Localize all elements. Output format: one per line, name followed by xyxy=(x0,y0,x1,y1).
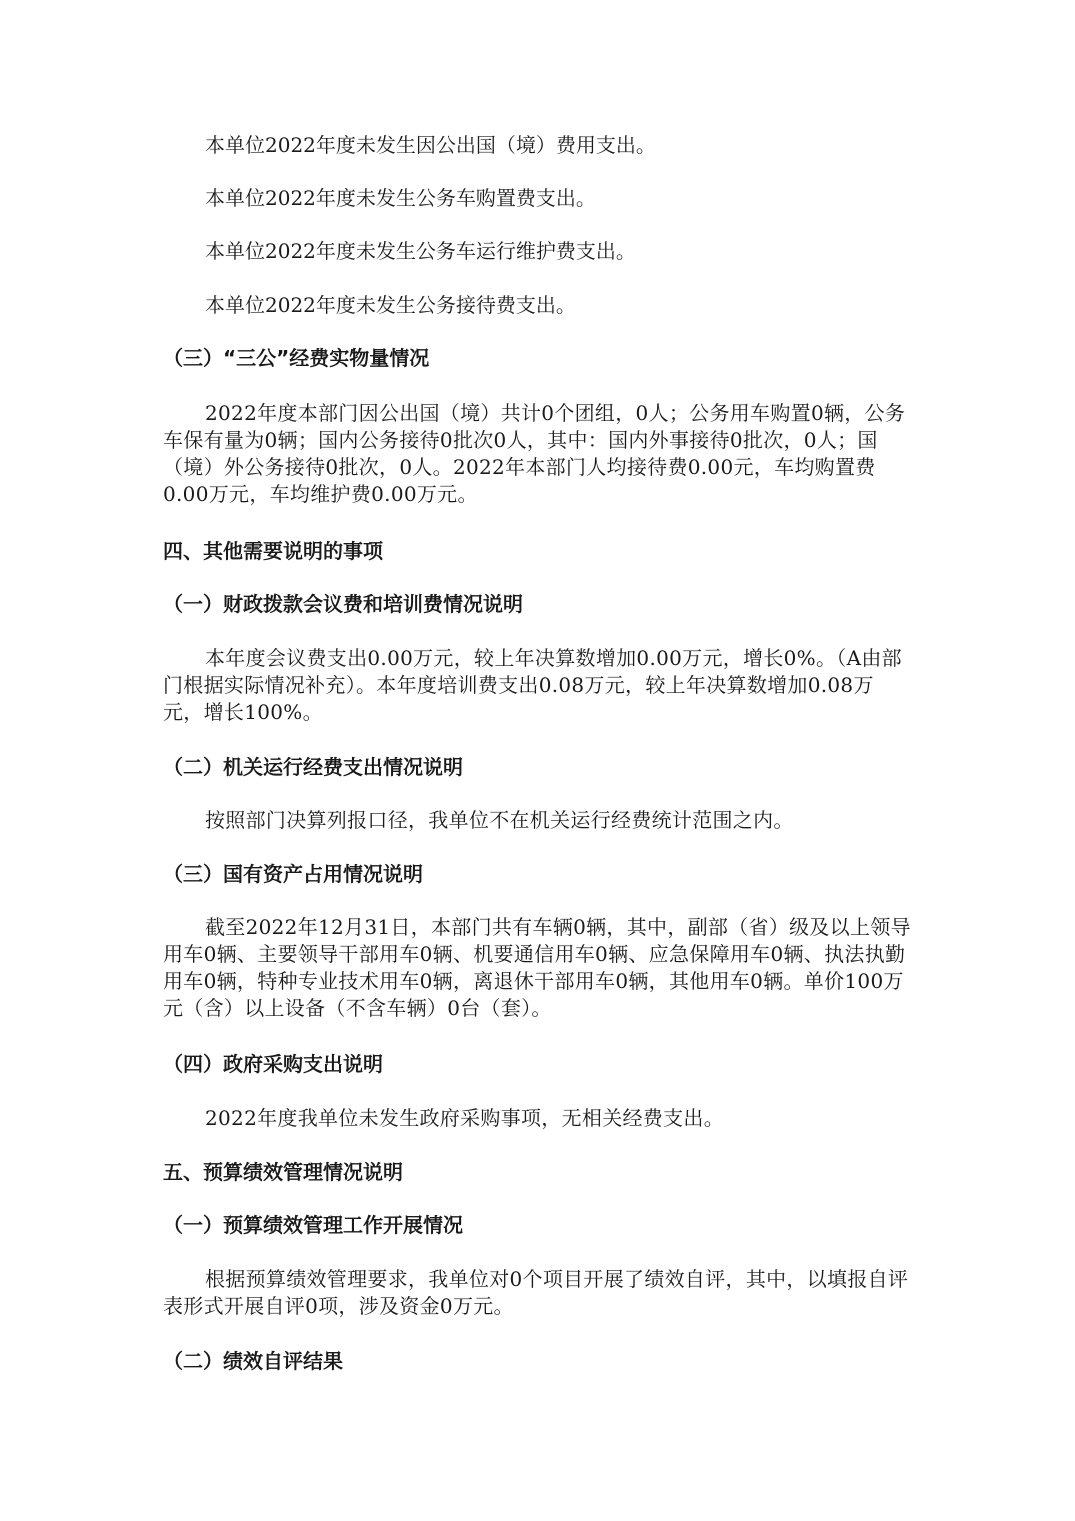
statement-vehicle-purchase: 本单位2022年度未发生公务车购置费支出。 xyxy=(205,185,905,212)
paragraph-three-public-quantity: 2022年度本部门因公出国（境）共计0个团组，0人；公务用车购置0辆，公务车保有… xyxy=(163,400,913,508)
section-heading-performance-work: （一）预算绩效管理工作开展情况 xyxy=(163,1212,913,1239)
statement-reception: 本单位2022年度未发生公务接待费支出。 xyxy=(205,292,905,319)
paragraph-performance-work: 根据预算绩效管理要求，我单位对0个项目开展了绩效自评，其中，以填报自评表形式开展… xyxy=(163,1266,913,1320)
statement-vehicle-maintenance: 本单位2022年度未发生公务车运行维护费支出。 xyxy=(205,238,905,265)
section-heading-other-matters: 四、其他需要说明的事项 xyxy=(163,538,913,565)
paragraph-office-operation: 按照部门决算列报口径，我单位不在机关运行经费统计范围之内。 xyxy=(163,807,913,834)
section-heading-self-evaluation: （二）绩效自评结果 xyxy=(163,1348,913,1375)
section-heading-office-operation: （二）机关运行经费支出情况说明 xyxy=(163,754,913,781)
statement-overseas-trips: 本单位2022年度未发生因公出国（境）费用支出。 xyxy=(205,132,905,159)
section-heading-state-assets: （三）国有资产占用情况说明 xyxy=(163,861,913,888)
paragraph-state-assets: 截至2022年12月31日，本部门共有车辆0辆，其中，副部（省）级及以上领导用车… xyxy=(163,914,913,1022)
paragraph-procurement: 2022年度我单位未发生政府采购事项，无相关经费支出。 xyxy=(163,1105,913,1132)
section-heading-procurement: （四）政府采购支出说明 xyxy=(163,1051,913,1078)
section-heading-performance: 五、预算绩效管理情况说明 xyxy=(163,1159,913,1186)
section-heading-three-public-quantity: （三）“三公”经费实物量情况 xyxy=(163,345,913,372)
section-heading-meeting-training: （一）财政拨款会议费和培训费情况说明 xyxy=(163,591,913,618)
paragraph-meeting-training: 本年度会议费支出0.00万元，较上年决算数增加0.00万元，增长0%。（A由部门… xyxy=(163,645,913,726)
